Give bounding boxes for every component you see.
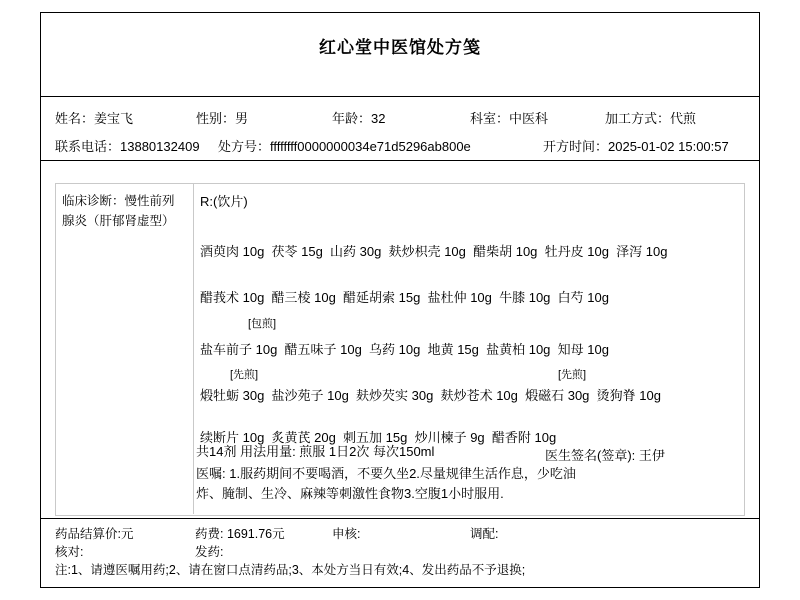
review-label: 申核: (332, 524, 360, 542)
herb-line-1: 酒萸肉 10g 茯苓 15g 山药 30g 麸炒枳壳 10g 醋柴胡 10g 牡… (200, 241, 667, 260)
field-gender-label: 性别： (196, 111, 235, 126)
divider-top (40, 96, 760, 97)
settlement-price-label: 药品结算价:元 (55, 524, 133, 542)
field-name: 姓名：姜宝飞 (55, 108, 133, 127)
field-issue-time-label: 开方时间： (543, 139, 608, 154)
field-gender-value: 男 (235, 111, 248, 126)
field-issue-time: 开方时间：2025-01-02 15:00:57 (543, 136, 729, 155)
field-process-label: 加工方式： (605, 111, 670, 126)
divider-footer (40, 518, 760, 519)
herb-line-3: 盐车前子 10g 醋五味子 10g 乌药 10g 地黄 15g 盐黄柏 10g … (200, 339, 609, 358)
rx-header: R:(饮片) (200, 191, 248, 210)
field-issue-time-value: 2025-01-02 15:00:57 (608, 139, 729, 154)
medicine-fee: 药费: 1691.76元 (195, 524, 285, 542)
issue-label: 发药: (195, 542, 223, 560)
field-name-value: 姜宝飞 (94, 111, 133, 126)
herb-line-4: 煅牡蛎 30g 盐沙苑子 10g 麸炒芡实 30g 麸炒苍术 10g 煅磁石 3… (200, 385, 661, 404)
field-gender: 性别：男 (196, 108, 248, 127)
field-department-value: 中医科 (509, 111, 548, 126)
divider-info-bottom (40, 160, 760, 161)
prescription-sheet: 红心堂中医馆处方笺 姓名：姜宝飞 性别：男 年龄：32 科室：中医科 加工方式：… (0, 0, 800, 600)
field-age-value: 32 (371, 111, 385, 126)
field-department-label: 科室： (470, 111, 509, 126)
annotation-baojian: [包煎] (248, 315, 276, 331)
medical-advice-line-1: 医嘱: 1.服药期间不要喝酒，不要久坐2.尽量规律生活作息，少吃油 (196, 463, 576, 482)
field-age: 年龄：32 (332, 108, 385, 127)
field-phone-value: 13880132409 (120, 139, 200, 154)
check-label: 核对: (55, 542, 83, 560)
doctor-signature: 医生签名(签章): 王伊 (545, 445, 665, 464)
dispense-label: 调配: (470, 524, 498, 542)
field-rx-number: 处方号：ffffffff0000000034e71d5296ab800e (218, 136, 471, 155)
footer-note: 注:1、请遵医嘱用药;2、请在窗口点清药品;3、本处方当日有效;4、发出药品不予… (55, 560, 525, 578)
field-department: 科室：中医科 (470, 108, 548, 127)
herb-line-2: 醋莪术 10g 醋三棱 10g 醋延胡索 15g 盐杜仲 10g 牛膝 10g … (200, 287, 609, 306)
field-age-label: 年龄： (332, 111, 371, 126)
field-name-label: 姓名： (55, 111, 94, 126)
usage-line: 共14剂 用法用量: 煎服 1日2次 每次150ml (196, 441, 434, 460)
diagnosis-divider (193, 183, 194, 514)
clinical-diagnosis: 临床诊断：慢性前列腺炎（肝郁肾虚型） (62, 191, 186, 231)
field-process-method: 加工方式：代煎 (605, 108, 696, 127)
medical-advice-line-2: 炸、腌制、生冷、麻辣等刺激性食物3.空腹1小时服用. (196, 483, 504, 502)
page-title: 红心堂中医馆处方笺 (40, 33, 760, 58)
field-rx-number-value: ffffffff0000000034e71d5296ab800e (270, 139, 471, 154)
field-process-value: 代煎 (670, 111, 696, 126)
field-phone: 联系电话：13880132409 (55, 136, 200, 155)
field-phone-label: 联系电话： (55, 139, 120, 154)
field-rx-number-label: 处方号： (218, 139, 270, 154)
annotation-xianjian-1: [先煎] (230, 366, 258, 382)
annotation-xianjian-2: [先煎] (558, 366, 586, 382)
